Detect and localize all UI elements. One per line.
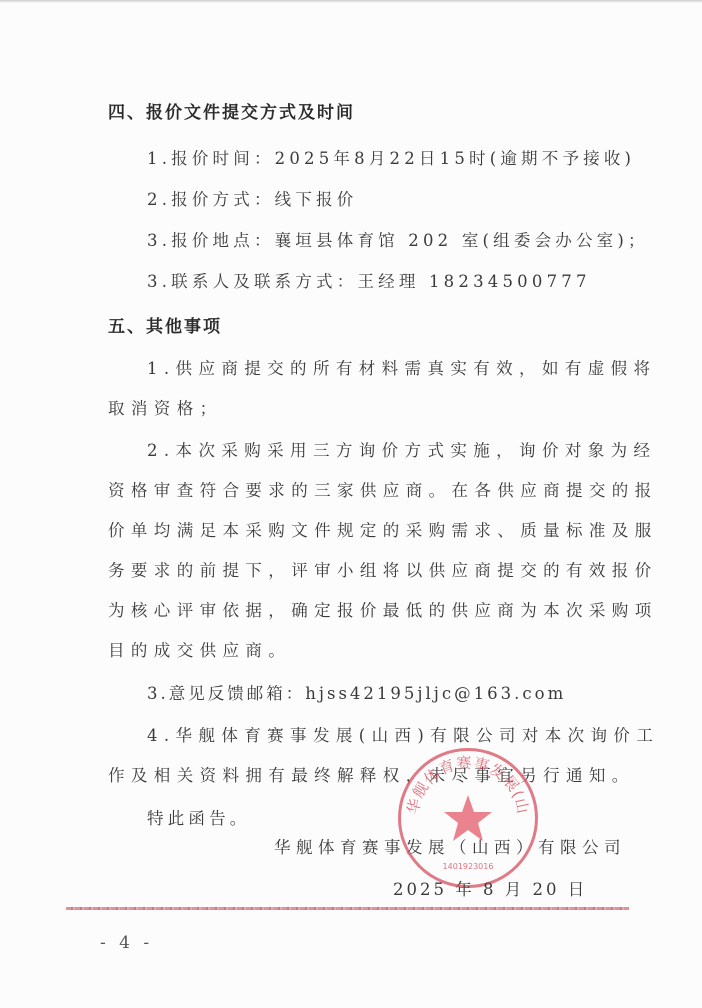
item2-line3: 价单均满足本采购文件规定的采购需求、质量标准及服 (108, 517, 658, 541)
item2-line1: 2.本次采购采用三方询价方式实施，询价对象为经 (147, 437, 656, 461)
signature-date: 2025 年 8 月 20 日 (393, 876, 587, 900)
section-heading-5: 五、其他事项 (108, 312, 222, 337)
quote-time: 1.报价时间：2025年8月22日15时(逾期不予接收) (147, 145, 635, 169)
quote-location: 3.报价地点：襄垣县体育馆 202 室(组委会办公室)； (147, 227, 649, 251)
item2-line6: 目的成交供应商。 (108, 637, 291, 661)
svg-text:1401923016: 1401923016 (443, 862, 494, 871)
item4-line1: 4.华舰体育赛事发展(山西)有限公司对本次询价工 (147, 722, 659, 746)
item2-line5: 为核心评审依据，确定报价最低的供应商为本次采购项 (108, 597, 658, 621)
page-number: - 4 - (100, 933, 153, 953)
closing-remark: 特此函告。 (147, 805, 251, 829)
footer-divider (66, 907, 629, 910)
item4-line2: 作及相关资料拥有最终解释权，未尽事宜另行通知。 (108, 762, 635, 786)
signature-company: 华舰体育赛事发展（山西）有限公司 (274, 834, 626, 858)
feedback-email: 3.意见反馈邮箱：hjss42195jljc@163.com (147, 680, 566, 704)
item2-line2: 资格审查符合要求的三家供应商。在各供应商提交的报 (108, 477, 658, 501)
item2-line4: 务要求的前提下，评审小组将以供应商提交的有效报价 (108, 557, 658, 581)
document-page: 四、报价文件提交方式及时间 1.报价时间：2025年8月22日15时(逾期不予接… (0, 0, 702, 1008)
quote-method: 2.报价方式：线下报价 (147, 186, 357, 210)
contact-info: 3.联系人及联系方式：王经理 18234500777 (147, 268, 591, 292)
item1-line2: 取消资格； (108, 395, 223, 419)
item1-line1: 1.供应商提交的所有材料需真实有效，如有虚假将 (147, 355, 656, 379)
section-heading-4: 四、报价文件提交方式及时间 (108, 98, 355, 123)
